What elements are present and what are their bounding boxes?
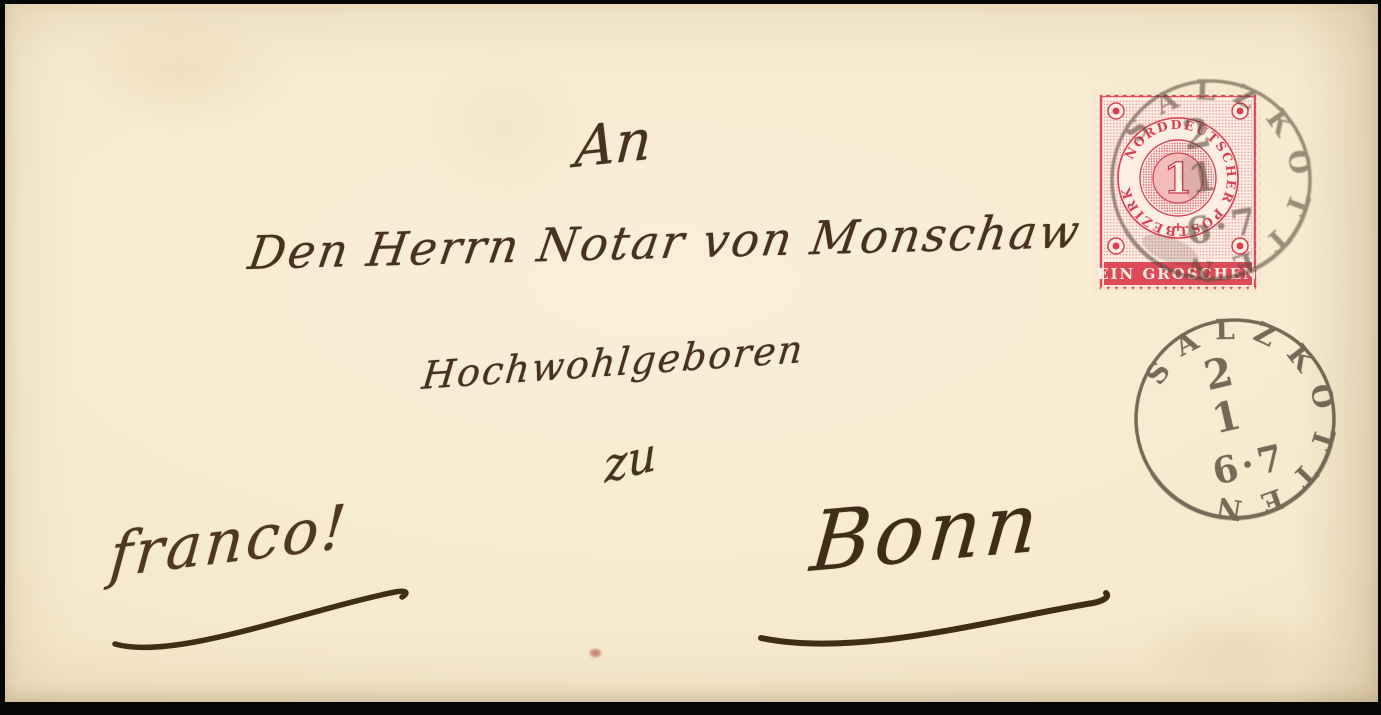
franco-note-handwriting: franco! (107, 491, 352, 592)
address-line-1-handwriting: Den Herrn Notar von Monschaw (245, 204, 1085, 280)
bonn-underline-flourish (761, 593, 1107, 644)
postmark-month: 1 (1208, 391, 1246, 443)
paper-stain (415, 44, 595, 214)
salutation-handwriting: An (573, 107, 654, 181)
paper-stain (65, 12, 295, 132)
address-line-2-handwriting: Hochwohlgeboren (420, 327, 807, 398)
destination-handwriting: Bonn (807, 475, 1046, 591)
franco-underline-flourish (115, 591, 406, 647)
envelope: An Den Herrn Notar von Monschaw Hochwohl… (5, 4, 1378, 702)
photo-frame: An Den Herrn Notar von Monschaw Hochwohl… (0, 0, 1381, 715)
red-ink-speck (590, 649, 601, 657)
preposition-handwriting: zu (603, 426, 657, 494)
postmark-on-stamp: SALZKOTTEN 2 1 6·7 (1084, 53, 1339, 308)
postmark-town-text: SALZKOTTEN (1110, 56, 1335, 301)
